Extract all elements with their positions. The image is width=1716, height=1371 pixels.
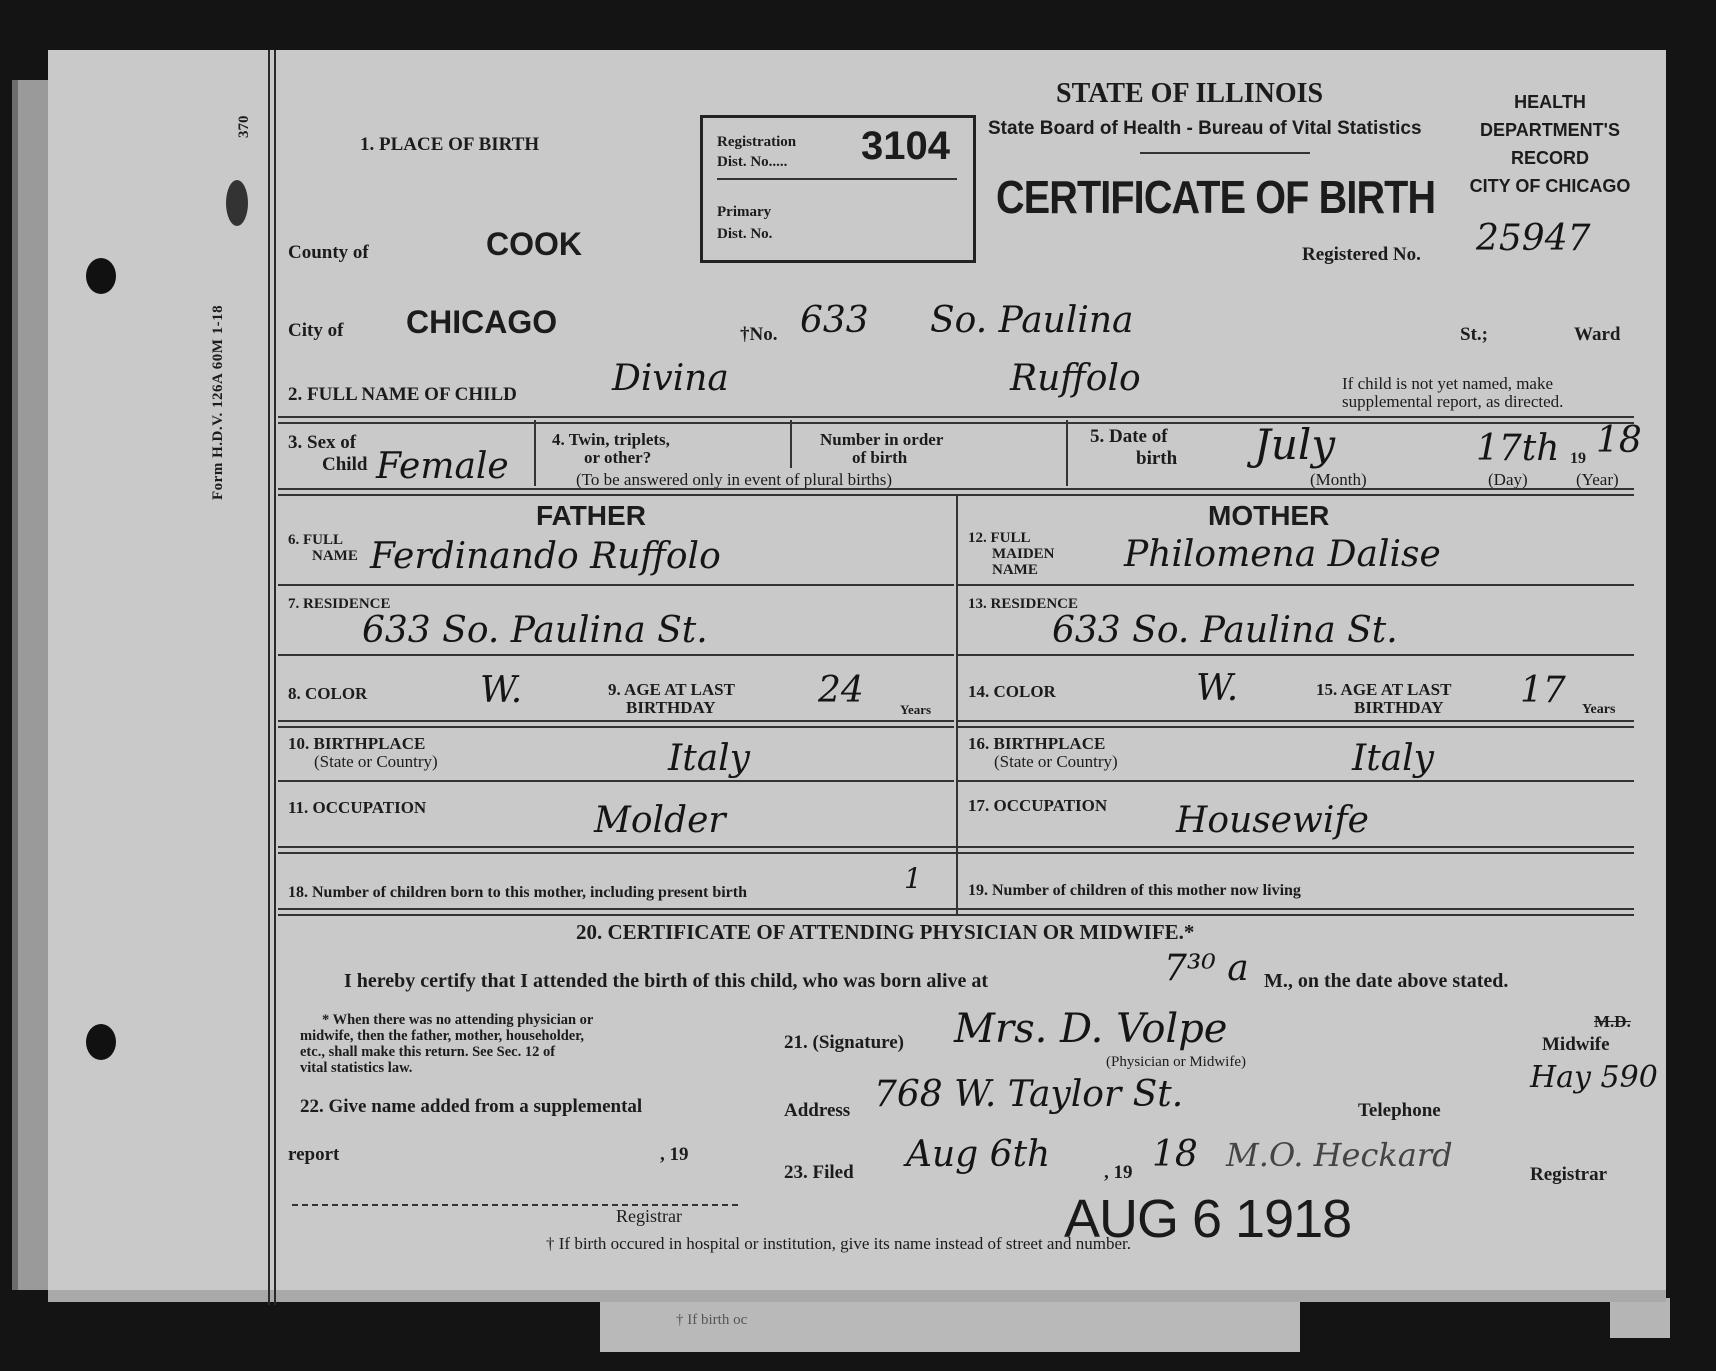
- mother-heading: MOTHER: [1208, 500, 1329, 532]
- row-line: [958, 584, 1634, 586]
- supplemental-year-label: , 19: [660, 1144, 689, 1166]
- attendant-address: 768 W. Taylor St.: [874, 1074, 1183, 1115]
- mother-age-value: 17: [1520, 670, 1566, 711]
- union-label-number: 370: [236, 116, 253, 139]
- supplemental-registrar-caption: Registrar: [616, 1206, 682, 1227]
- dob-year: 18: [1596, 420, 1642, 461]
- day-caption: (Day): [1488, 470, 1528, 490]
- row-divider: [278, 846, 1634, 854]
- certificate-title: CERTIFICATE OF BIRTH: [996, 170, 1435, 224]
- form-code: Form H.D.V. 126A 60M 1-18: [210, 305, 227, 500]
- father-age-label: 9. AGE AT LAST: [608, 680, 735, 700]
- dob-label-2: birth: [1136, 448, 1177, 470]
- dob-year-prefix: 19: [1570, 450, 1586, 468]
- father-age-value: 24: [818, 670, 864, 711]
- mother-age-label-2: BIRTHDAY: [1354, 698, 1443, 718]
- reg-dist-label: Registration: [717, 134, 796, 151]
- birth-order-label-2: of birth: [852, 448, 907, 468]
- address-label: Address: [784, 1100, 850, 1122]
- attendant-footnote: * When there was no attending physician …: [300, 1012, 593, 1076]
- children-living-label: 19. Number of children of this mother no…: [968, 882, 1301, 900]
- children-born-value: 1: [904, 862, 922, 895]
- union-label-emblem-icon: [226, 180, 248, 226]
- header-rule: [1140, 152, 1310, 154]
- primary-dist-label-2: Dist. No.: [717, 226, 772, 243]
- certify-text: I hereby certify that I attended the bir…: [344, 970, 988, 993]
- row-line: [278, 584, 954, 586]
- reg-dist-label-2: Dist. No.....: [717, 154, 787, 171]
- father-birthplace-sub: (State or Country): [314, 752, 438, 772]
- month-caption: (Month): [1310, 470, 1367, 490]
- footnote-line: * When there was no attending physician …: [300, 1012, 593, 1028]
- dept-line: HEALTH: [1450, 88, 1650, 116]
- child-first-name: Divina: [612, 358, 729, 399]
- cell-divider: [790, 420, 792, 468]
- father-name-label-2: NAME: [312, 548, 358, 565]
- father-birthplace-label: 10. BIRTHPLACE: [288, 734, 425, 754]
- mother-residence-value: 633 So. Paulina St.: [1052, 610, 1398, 651]
- filed-year-prefix: , 19: [1104, 1162, 1133, 1184]
- dept-record-block: HEALTH DEPARTMENT'S RECORD CITY OF CHICA…: [1450, 88, 1650, 200]
- child-last-name: Ruffolo: [1010, 358, 1141, 399]
- attendant-signature: Mrs. D. Volpe: [954, 1006, 1227, 1052]
- punch-hole-bottom: [86, 1024, 116, 1060]
- row-line: [278, 720, 954, 728]
- twin-label-2: or other?: [584, 448, 651, 468]
- footnote-line: vital statistics law.: [300, 1060, 593, 1076]
- year-caption: (Year): [1576, 470, 1619, 490]
- mother-age-label: 15. AGE AT LAST: [1316, 680, 1451, 700]
- name-note-1: If child is not yet named, make: [1342, 374, 1553, 394]
- father-years-label: Years: [900, 702, 931, 718]
- mother-name-label: 12. FULL: [968, 530, 1031, 547]
- footnote-line: midwife, then the father, mother, househ…: [300, 1028, 593, 1044]
- primary-dist-label: Primary: [717, 204, 771, 221]
- filed-date: Aug 6th: [906, 1134, 1050, 1175]
- attendant-heading: 20. CERTIFICATE OF ATTENDING PHYSICIAN O…: [576, 920, 1194, 945]
- state-title: STATE OF ILLINOIS: [1056, 78, 1323, 110]
- father-occupation-label: 11. OCCUPATION: [288, 798, 426, 818]
- registration-box: Registration Dist. No..... 3104 Primary …: [700, 115, 976, 263]
- children-born-label: 18. Number of children born to this moth…: [288, 884, 747, 902]
- md-label: M.D.: [1594, 1012, 1631, 1032]
- margin-rule-inner: [274, 50, 276, 1305]
- sex-label: 3. Sex of: [288, 432, 356, 454]
- father-occupation-value: Molder: [594, 800, 726, 841]
- ward-label: Ward: [1574, 324, 1620, 346]
- telephone-value: Hay 590: [1530, 1060, 1658, 1095]
- row-divider: [278, 488, 1634, 496]
- mother-color-value: W.: [1196, 668, 1238, 709]
- cell-divider: [534, 420, 536, 486]
- father-age-label-2: BIRTHDAY: [626, 698, 715, 718]
- street-st-label: St.;: [1460, 324, 1488, 346]
- father-color-value: W.: [480, 670, 522, 711]
- mother-color-label: 14. COLOR: [968, 682, 1056, 702]
- reg-box-divider: [717, 178, 957, 180]
- mother-name-label-2: MAIDEN: [992, 546, 1055, 563]
- cell-divider: [1066, 420, 1068, 486]
- mother-birthplace-sub: (State or Country): [994, 752, 1118, 772]
- dob-month: July: [1254, 420, 1335, 469]
- mother-occupation-value: Housewife: [1176, 800, 1369, 841]
- street-number-value: 633: [800, 300, 869, 341]
- twin-label: 4. Twin, triplets,: [552, 430, 670, 450]
- mother-birthplace-label: 16. BIRTHPLACE: [968, 734, 1105, 754]
- dob-day: 17th: [1476, 428, 1559, 469]
- dept-line: RECORD: [1450, 144, 1650, 172]
- underlying-sheet-text: † If birth oc: [676, 1312, 747, 1329]
- supplemental-report-label: report: [288, 1144, 339, 1166]
- street-name-value: So. Paulina: [930, 300, 1134, 341]
- registrar-signature: M.O. Heckard: [1226, 1136, 1453, 1174]
- certify-text-2: M., on the date above stated.: [1264, 970, 1508, 993]
- filed-year: 18: [1152, 1134, 1198, 1175]
- father-heading: FATHER: [536, 500, 646, 532]
- city-label: City of: [288, 320, 343, 342]
- margin-rule: [268, 50, 270, 1305]
- reg-dist-number: 3104: [861, 124, 950, 169]
- signature-label: 21. (Signature): [784, 1032, 904, 1054]
- punch-hole-top: [86, 258, 116, 294]
- county-value: COOK: [486, 226, 582, 263]
- mother-name-label-3: NAME: [992, 562, 1038, 579]
- sex-value: Female: [376, 446, 509, 487]
- sheet-bottom-edge: [48, 1290, 1666, 1302]
- father-name-value: Ferdinando Ruffolo: [370, 536, 721, 577]
- row-line: [958, 720, 1634, 728]
- dept-line: DEPARTMENT'S: [1450, 116, 1650, 144]
- father-birthplace-value: Italy: [668, 738, 750, 779]
- row-divider: [278, 908, 1634, 916]
- county-label: County of: [288, 242, 369, 264]
- sex-label-2: Child: [322, 454, 367, 476]
- child-name-label: 2. FULL NAME OF CHILD: [288, 384, 517, 406]
- mother-years-label: Years: [1582, 702, 1615, 718]
- street-no-label: †No.: [740, 324, 777, 346]
- underlying-sheet-bottom-right: [1610, 1298, 1670, 1338]
- board-title: State Board of Health - Bureau of Vital …: [988, 118, 1422, 140]
- plural-births-note: (To be answered only in event of plural …: [576, 470, 892, 490]
- birth-time-value: 7³⁰ a: [1164, 948, 1249, 989]
- place-of-birth-label: 1. PLACE OF BIRTH: [360, 134, 539, 156]
- footnote-line: etc., shall make this return. See Sec. 1…: [300, 1044, 593, 1060]
- mother-birthplace-value: Italy: [1352, 738, 1434, 779]
- city-value: CHICAGO: [406, 304, 557, 341]
- dob-label: 5. Date of: [1090, 426, 1168, 448]
- filed-label: 23. Filed: [784, 1162, 854, 1184]
- row-divider: [278, 416, 1634, 424]
- row-line: [958, 780, 1634, 782]
- row-line: [958, 654, 1634, 656]
- signature-caption: (Physician or Midwife): [1106, 1054, 1246, 1071]
- row-line: [278, 654, 954, 656]
- footer-note: † If birth occured in hospital or instit…: [546, 1234, 1131, 1254]
- registered-no-label: Registered No.: [1302, 244, 1421, 266]
- dept-line: CITY OF CHICAGO: [1450, 172, 1650, 200]
- registered-no-value: 25947: [1476, 218, 1591, 259]
- name-note-2: supplemental report, as directed.: [1342, 392, 1563, 412]
- father-color-label: 8. COLOR: [288, 684, 367, 704]
- mother-name-value: Philomena Dalise: [1124, 534, 1441, 575]
- midwife-label: Midwife: [1542, 1034, 1610, 1056]
- father-name-label: 6. FULL: [288, 532, 343, 549]
- mother-occupation-label: 17. OCCUPATION: [968, 796, 1107, 816]
- supplemental-label: 22. Give name added from a supplemental: [300, 1096, 642, 1118]
- father-residence-value: 633 So. Paulina St.: [362, 610, 708, 651]
- registrar-label: Registrar: [1530, 1164, 1607, 1186]
- telephone-label: Telephone: [1358, 1100, 1441, 1122]
- row-line: [278, 780, 954, 782]
- birth-order-label: Number in order: [820, 430, 943, 450]
